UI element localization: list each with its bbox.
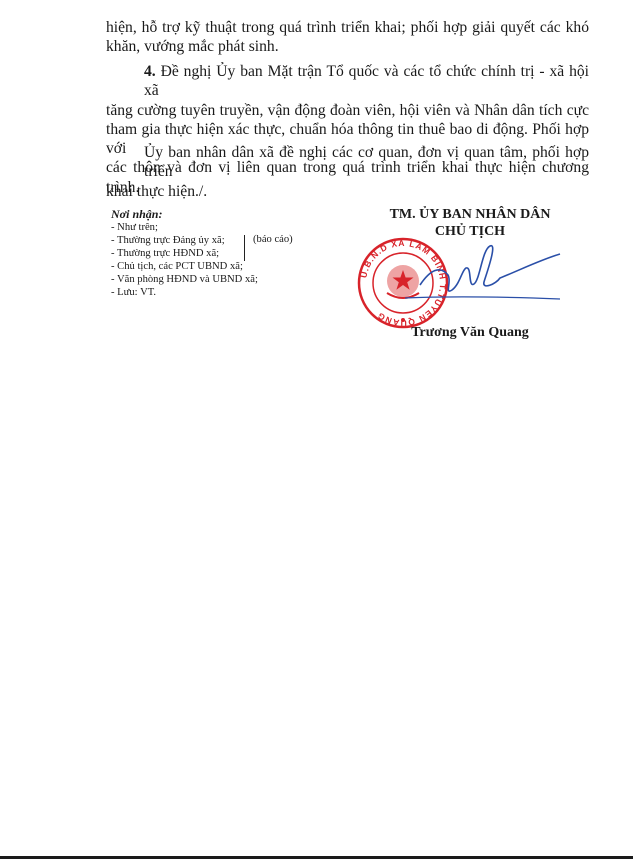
recipient-item: - Như trên; bbox=[111, 221, 341, 234]
signature-title: TM. ỦY BAN NHÂN DÂN bbox=[370, 206, 570, 223]
document-page: hiện, hỗ trợ kỹ thuật trong quá trình tr… bbox=[0, 0, 633, 859]
recipient-item: - Lưu: VT. bbox=[111, 286, 341, 299]
recipient-item: - Văn phòng HĐND và UBND xã; bbox=[111, 273, 341, 286]
grouped-note: (báo cáo) bbox=[253, 234, 293, 245]
grouping-bracket bbox=[244, 235, 245, 261]
recipient-item: - Thường trực HĐND xã; bbox=[111, 247, 341, 260]
text-line: hiện, hỗ trợ kỹ thuật trong quá trình tr… bbox=[106, 18, 589, 37]
recipients-title: Nơi nhận: bbox=[111, 207, 341, 221]
text-line: Ủy ban nhân dân xã đề nghị các cơ quan, … bbox=[106, 143, 589, 182]
paragraph-continuation: hiện, hỗ trợ kỹ thuật trong quá trình tr… bbox=[106, 18, 589, 57]
text-fragment: Đề nghị Ủy ban Mặt trận Tổ quốc và các t… bbox=[144, 63, 589, 99]
signer-name: Trương Văn Quang bbox=[380, 325, 560, 341]
paragraph-closing: Ủy ban nhân dân xã đề nghị các cơ quan, … bbox=[106, 143, 589, 201]
text-line: tăng cường tuyên truyền, vận động đoàn v… bbox=[106, 101, 589, 120]
item-number: 4. bbox=[144, 63, 156, 80]
text-line: 4. Đề nghị Ủy ban Mặt trận Tổ quốc và cá… bbox=[106, 62, 589, 101]
text-line: khăn, vướng mắc phát sinh. bbox=[106, 37, 589, 56]
recipient-item: - Thường trực Đảng ủy xã; bbox=[111, 234, 341, 247]
recipient-item: - Chủ tịch, các PCT UBND xã; bbox=[111, 260, 341, 273]
recipients-block: Nơi nhận: - Như trên; - Thường trực Đảng… bbox=[111, 207, 341, 299]
handwritten-signature-icon bbox=[400, 240, 570, 310]
text-line: khai thực hiện./. bbox=[106, 182, 589, 201]
